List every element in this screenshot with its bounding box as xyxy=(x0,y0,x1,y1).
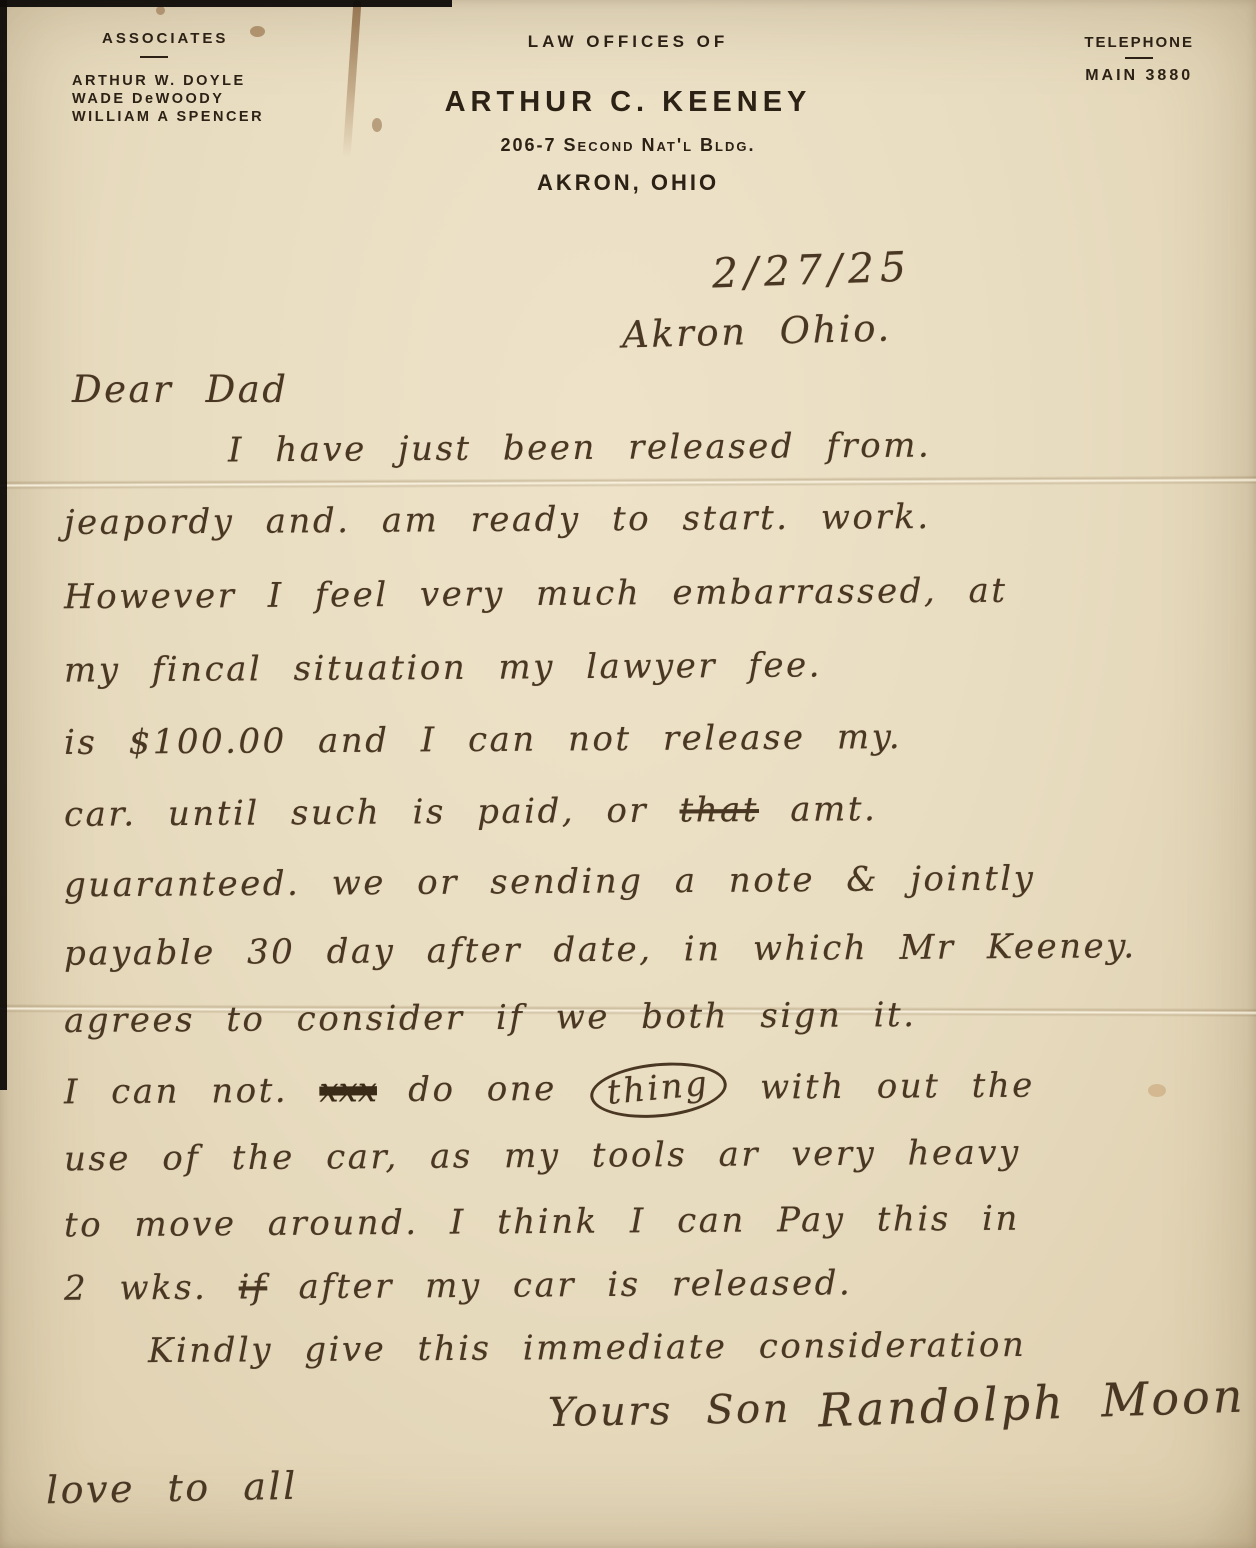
struck-word: that xyxy=(679,790,759,831)
word-run: after my car is released. xyxy=(267,1263,852,1307)
handwritten-line: use of the car, as my tools ar very heav… xyxy=(64,1133,1021,1180)
letter-body: I have just been released from.jeapordy … xyxy=(0,0,1256,1548)
handwritten-line: However I feel very much embarrassed, at xyxy=(64,571,1008,618)
handwritten-line: guaranteed. we or sending a note & joint… xyxy=(64,859,1036,906)
struck-word: if xyxy=(239,1267,268,1307)
word-run: payable 30 day after date, in which Mr K… xyxy=(64,926,1137,973)
word-run: to move around. I think I can Pay this i… xyxy=(64,1199,1020,1246)
circled-word: thing xyxy=(588,1057,729,1124)
word-run: with out the xyxy=(729,1066,1035,1108)
closing-phrase: Yours Son xyxy=(548,1386,792,1436)
word-run: agrees to consider if we both sign it. xyxy=(64,995,917,1041)
handwritten-line: payable 30 day after date, in which Mr K… xyxy=(64,926,1137,973)
handwritten-line: agrees to consider if we both sign it. xyxy=(64,995,917,1041)
word-run: do one xyxy=(377,1069,588,1110)
handwritten-line: is $100.00 and I can not release my. xyxy=(64,717,902,763)
handwritten-line: jeapordy and. am ready to start. work. xyxy=(64,497,931,543)
scan-edge-left xyxy=(0,0,7,1090)
word-run: is $100.00 and I can not release my. xyxy=(64,717,902,763)
word-run: jeapordy and. am ready to start. work. xyxy=(64,497,931,543)
word-run: amt. xyxy=(759,789,878,830)
word-run: my fincal situation my lawyer fee. xyxy=(64,645,822,690)
word-run: guaranteed. we or sending a note & joint… xyxy=(64,859,1036,906)
word-run: Kindly give this immediate consideration xyxy=(148,1325,1027,1371)
scribbled-out-word: xxx xyxy=(319,1070,377,1110)
word-run: I can not. xyxy=(64,1071,320,1113)
handwritten-line: to move around. I think I can Pay this i… xyxy=(64,1199,1020,1246)
word-run: car. until such is paid, or xyxy=(64,791,680,835)
letter-page: ASSOCIATES ARTHUR W. DOYLE WADE DeWOODY … xyxy=(0,0,1256,1548)
handwritten-line: I have just been released from. xyxy=(228,426,932,471)
handwritten-line: 2 wks. if after my car is released. xyxy=(64,1263,852,1309)
handwritten-line: Kindly give this immediate consideration xyxy=(148,1325,1027,1371)
word-run: 2 wks. xyxy=(64,1268,239,1309)
word-run: use of the car, as my tools ar very heav… xyxy=(64,1133,1021,1180)
handwritten-line: my fincal situation my lawyer fee. xyxy=(64,645,822,690)
scan-edge-top xyxy=(0,0,452,7)
handwritten-line: I can not. xxx do one thing with out the xyxy=(64,1061,1035,1122)
word-run: I have just been released from. xyxy=(228,426,932,471)
postscript-note: love to all xyxy=(46,1464,298,1512)
handwritten-line: car. until such is paid, or that amt. xyxy=(64,789,878,835)
word-run: However I feel very much embarrassed, at xyxy=(64,571,1008,618)
